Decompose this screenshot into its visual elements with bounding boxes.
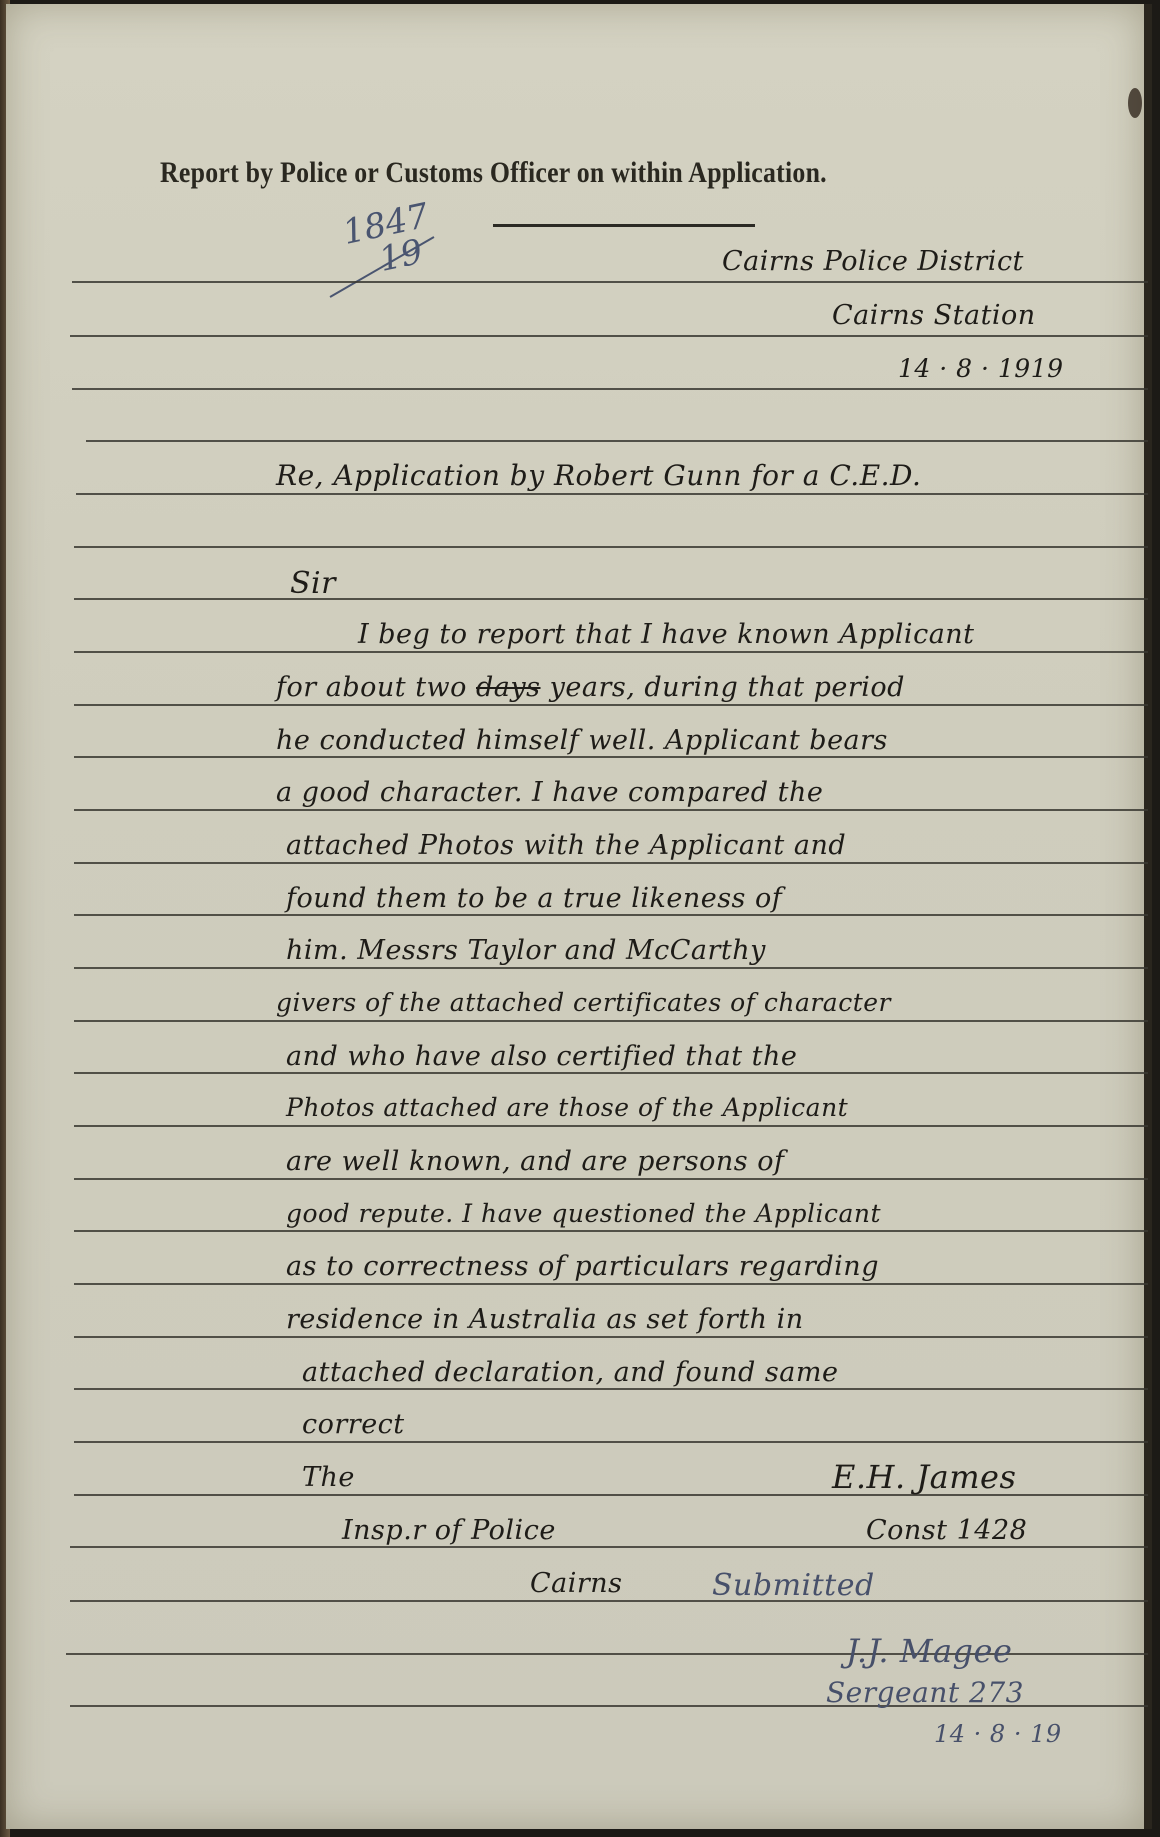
ruled-line bbox=[74, 1388, 1148, 1390]
ruled-line bbox=[72, 281, 1148, 283]
body-line: residence in Australia as set forth in bbox=[286, 1304, 804, 1335]
ruled-line bbox=[74, 1441, 1148, 1443]
salutation: Sir bbox=[290, 566, 336, 601]
ruled-line bbox=[74, 1230, 1148, 1232]
body-line: him. Messrs Taylor and McCarthy bbox=[286, 935, 766, 966]
body-line: he conducted himself well. Applicant bea… bbox=[276, 725, 888, 756]
police-district: Cairns Police District bbox=[722, 246, 1024, 277]
endorsement-date: 14 · 8 · 19 bbox=[934, 1720, 1062, 1748]
heading-underline bbox=[493, 224, 755, 227]
ruled-line bbox=[74, 1336, 1148, 1338]
ruled-line bbox=[70, 1546, 1148, 1548]
body-line: attached declaration, and found same bbox=[302, 1357, 838, 1388]
ruled-line bbox=[74, 1178, 1148, 1180]
ruled-line bbox=[74, 704, 1148, 706]
body-line: are well known, and are persons of bbox=[286, 1146, 784, 1177]
ruled-line bbox=[74, 598, 1148, 600]
ruled-line bbox=[74, 914, 1148, 916]
ruled-line bbox=[74, 1125, 1148, 1127]
body-line: Photos attached are those of the Applica… bbox=[286, 1093, 848, 1122]
police-station: Cairns Station bbox=[832, 300, 1036, 331]
ruled-line bbox=[86, 440, 1148, 442]
ruled-line bbox=[74, 1020, 1148, 1022]
body-line: correct bbox=[302, 1409, 405, 1440]
ruled-line bbox=[74, 1072, 1148, 1074]
addressee-line: Cairns bbox=[530, 1568, 623, 1599]
ruled-line bbox=[70, 335, 1148, 337]
body-line: as to correctness of particulars regardi… bbox=[286, 1251, 879, 1282]
paper-stain bbox=[1128, 88, 1142, 118]
ruled-line bbox=[74, 756, 1148, 758]
constable-rank: Const 1428 bbox=[866, 1515, 1027, 1546]
body-line: good repute. I have questioned the Appli… bbox=[286, 1199, 881, 1228]
body-line: for about two days years, during that pe… bbox=[276, 672, 905, 703]
sergeant-rank: Sergeant 273 bbox=[826, 1676, 1024, 1709]
body-text: for about two bbox=[276, 672, 467, 703]
body-line: and who have also certified that the bbox=[286, 1041, 797, 1072]
addressee-line: Insp.r of Police bbox=[342, 1515, 556, 1546]
body-line: found them to be a true likeness of bbox=[286, 883, 782, 914]
ruled-line bbox=[72, 388, 1148, 390]
ruled-line bbox=[74, 862, 1148, 864]
struck-word: days bbox=[476, 672, 541, 703]
ruled-line bbox=[74, 967, 1148, 969]
ruled-line bbox=[74, 809, 1148, 811]
subject-line: Re, Application by Robert Gunn for a C.E… bbox=[276, 459, 921, 492]
body-text: years, during that period bbox=[550, 672, 905, 703]
body-line: givers of the attached certificates of c… bbox=[276, 988, 891, 1017]
ruled-line bbox=[74, 651, 1148, 653]
document-page: Report by Police or Customs Officer on w… bbox=[6, 4, 1152, 1829]
report-date: 14 · 8 · 1919 bbox=[898, 354, 1064, 383]
body-line: a good character. I have compared the bbox=[276, 777, 823, 808]
form-heading: Report by Police or Customs Officer on w… bbox=[160, 156, 827, 190]
ruled-line bbox=[74, 546, 1148, 548]
ruled-line bbox=[74, 1283, 1148, 1285]
addressee-line: The bbox=[302, 1462, 355, 1493]
ruled-line bbox=[70, 1600, 1148, 1602]
sergeant-signature: J.J. Magee bbox=[846, 1632, 1012, 1670]
constable-signature: E.H. James bbox=[832, 1458, 1016, 1496]
endorsement-submitted: Submitted bbox=[712, 1568, 875, 1603]
ruled-line bbox=[76, 493, 1148, 495]
body-line: attached Photos with the Applicant and bbox=[286, 830, 846, 861]
body-line: I beg to report that I have known Applic… bbox=[358, 619, 975, 650]
